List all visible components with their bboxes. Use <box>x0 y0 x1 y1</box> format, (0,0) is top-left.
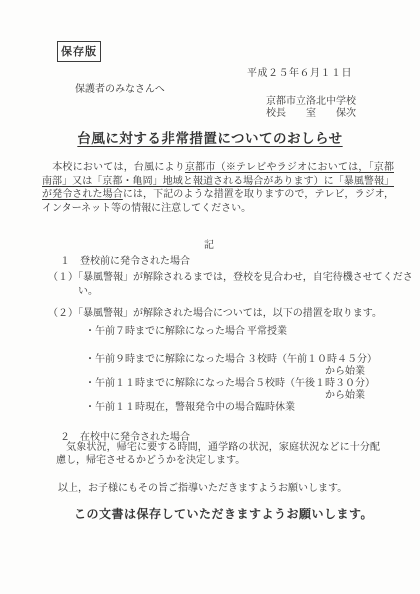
item1-text: 「暴風警報」が解除されるまでは，登校を見合わせ，自宅待機させてください。 <box>78 272 413 297</box>
item2-label: （２） <box>48 308 78 319</box>
bullet-row: ・午前１１時現在，警報発令中の場合臨時休業 <box>85 402 385 414</box>
section1-item2: （２）「暴風警報」が解除された場合については，以下の措置を取ります。 <box>48 307 420 321</box>
section1-heading: １ 登校前に発令された場合 <box>60 252 190 267</box>
bullet-condition: ・午前１１時現在，警報発令中の場合 <box>85 402 255 414</box>
item2-text: 「暴風警報」が解除された場合については，以下の措置を取ります。 <box>78 308 382 319</box>
bullet-row: ・午前１１時までに解除になった場合５校時（午後１時３０分） <box>85 378 385 390</box>
bullet-note: から始業 <box>85 390 385 402</box>
document-title-text: 台風に対する非常措置についてのおしらせ <box>77 131 342 146</box>
bullet-note: から始業 <box>85 366 385 378</box>
record-mark: 記 <box>0 236 420 251</box>
section1-item1: （１）「暴風警報」が解除されるまでは，登校を見合わせ，自宅待機させてください。 <box>48 271 420 299</box>
intro-paragraph: 本校においては，台風により京都市（※テレビやラジオにおいては，「京都南部」又は「… <box>42 161 394 215</box>
salutation: 保護者のみなさんへ <box>75 80 165 95</box>
bold-notice: この文書は保存していただきますようお願いします。 <box>74 505 373 522</box>
item1-label: （１） <box>48 272 78 283</box>
document-date: 平成２５年６月１１日 <box>247 64 352 79</box>
section2-body: 気象状況，帰宅に要する時間，通学路の状況，家庭状況などに十分配慮し，帰宅させるか… <box>56 442 380 467</box>
bullet-condition: ・午前７時までに解除になった場合 <box>85 326 247 338</box>
section1-bullet-list: ・午前７時までに解除になった場合平常授業 ・午前９時までに解除になった場合３校時… <box>85 326 385 414</box>
save-version-stamp: 保存版 <box>57 41 101 62</box>
document-title: 台風に対する非常措置についてのおしらせ <box>0 127 420 147</box>
bullet-action: ３校時（午前１０時４５分） <box>247 354 377 365</box>
bullet-row: ・午前７時までに解除になった場合平常授業 <box>85 326 385 338</box>
bullet-action: 平常授業 <box>247 326 287 337</box>
principal-line: 校長 室 保次 <box>266 104 356 119</box>
bullet-row: ・午前９時までに解除になった場合３校時（午前１０時４５分） <box>85 354 385 366</box>
bullet-condition: ・午前９時までに解除になった場合 <box>85 354 247 366</box>
bullet-action: 臨時休業 <box>255 402 295 413</box>
bullet-action: ５校時（午後１時３０分） <box>255 378 375 389</box>
closing-line: 以上，お子様にもその旨ご指導いただきますようお願いします。 <box>58 479 347 494</box>
document-page: 保存版 平成２５年６月１１日 保護者のみなさんへ 京都市立洛北中学校 校長 室 … <box>0 0 420 594</box>
intro-lead: 本校においては，台風により <box>42 162 185 173</box>
section2-heading: ２ 在校中に発令された場合 <box>60 428 190 443</box>
bullet-condition: ・午前１１時までに解除になった場合 <box>85 378 255 390</box>
